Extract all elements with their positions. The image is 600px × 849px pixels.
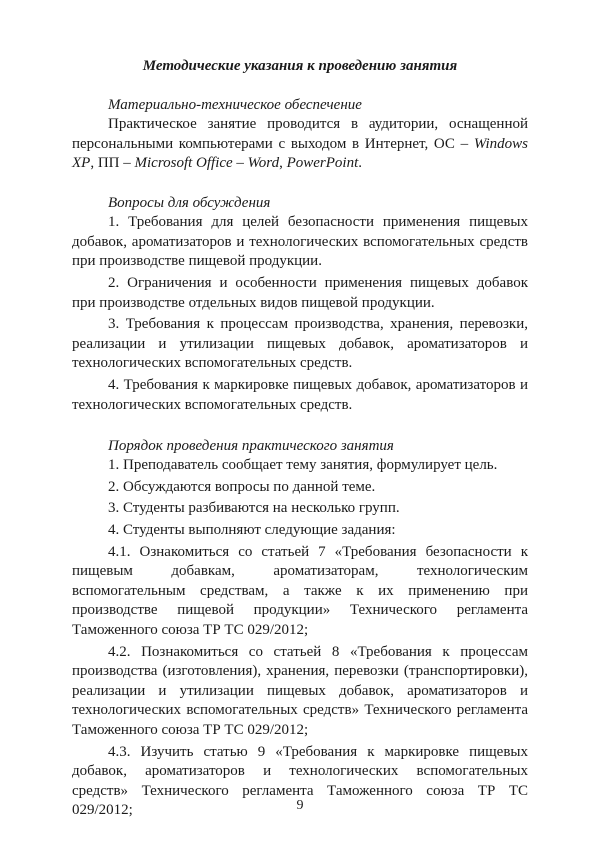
equipment-text: Практическое занятие проводится в аудито…	[72, 116, 528, 152]
equipment-paragraph: Практическое занятие проводится в аудито…	[72, 115, 528, 174]
question-item: 2. Ограничения и особенности применения …	[72, 274, 528, 313]
document-page: Методические указания к проведению занят…	[72, 57, 528, 823]
procedure-task: 4.2. Познакомиться со статьей 8 «Требова…	[72, 643, 528, 741]
procedure-heading: Порядок проведения практического занятия	[72, 437, 528, 457]
procedure-task: 4.1. Ознакомиться со статьей 7 «Требован…	[72, 543, 528, 641]
software-name-1: Microsoft Office – Word	[135, 155, 280, 171]
procedure-step: 4. Студенты выполняют следующие задания:	[72, 521, 528, 541]
procedure-step: 2. Обсуждаются вопросы по данной теме.	[72, 478, 528, 498]
procedure-step: 3. Студенты разбиваются на несколько гру…	[72, 499, 528, 519]
equipment-text-2: , ПП –	[90, 155, 134, 171]
questions-heading: Вопросы для обсуждения	[72, 194, 528, 214]
page-title: Методические указания к проведению занят…	[72, 57, 528, 77]
question-item: 3. Требования к процессам производства, …	[72, 315, 528, 374]
page-number: 9	[0, 798, 600, 814]
procedure-step: 1. Преподаватель сообщает тему занятия, …	[72, 456, 528, 476]
separator: ,	[279, 155, 287, 171]
equipment-text-end: .	[358, 155, 362, 171]
question-item: 1. Требования для целей безопасности при…	[72, 213, 528, 272]
equipment-heading: Материально-техническое обеспечение	[72, 96, 528, 116]
question-item: 4. Требования к маркировке пищевых добав…	[72, 376, 528, 415]
software-name-2: PowerPoint	[287, 155, 359, 171]
